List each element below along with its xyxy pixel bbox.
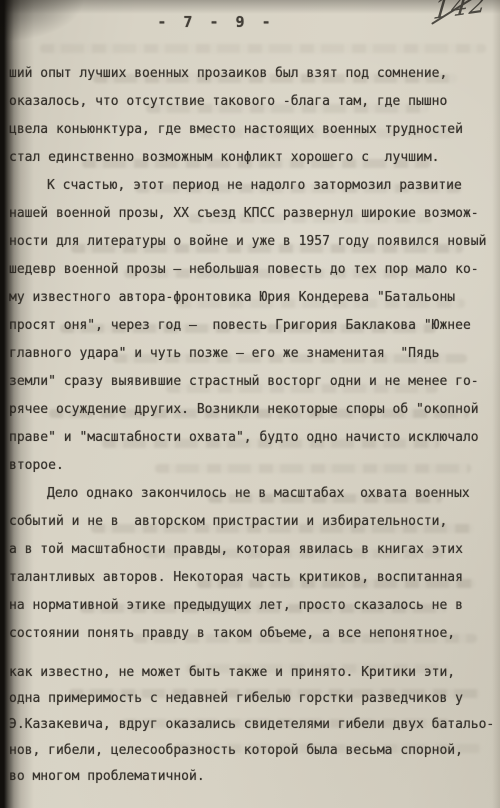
page-number-header: - 7 - 9 -	[0, 13, 432, 31]
typed-text-line: нашей военной прозы, ХХ съезд КПСС разве…	[9, 200, 495, 228]
typed-text-line: ший опыт лучших военных прозаиков был вз…	[9, 60, 495, 88]
typed-text-line: состоянии понять правду в таком объеме, …	[9, 620, 495, 648]
typed-text-line: во многом проблематичной.	[9, 764, 495, 790]
typed-text-line: шедевр военной прозы — небольшая повесть…	[9, 256, 495, 284]
typed-text-line: талантливых авторов. Некоторая часть кри…	[9, 564, 495, 592]
scanned-document-page: - 7 - 9 - 142 ший опыт лучших военных пр…	[0, 0, 500, 808]
typed-text-line: а в той масштабности правды, которая яви…	[9, 536, 495, 564]
typed-text-line: му известного автора-фронтовика Юрия Кон…	[9, 284, 495, 312]
paragraph: К счастью, этот период не надолго заторм…	[9, 172, 495, 480]
paragraph: ший опыт лучших военных прозаиков был вз…	[9, 60, 495, 172]
paragraph: Дело однако закончилось не в масштабах о…	[9, 480, 495, 648]
typed-text-line: оказалось, что отсутствие такового -благ…	[9, 88, 495, 116]
typed-text-line: Дело однако закончилось не в масштабах о…	[9, 480, 495, 508]
typed-text-line: событий и не в авторском пристрастии и и…	[9, 508, 495, 536]
paragraph: как известно, не может быть также и прин…	[9, 660, 495, 790]
document-body: ший опыт лучших военных прозаиков был вз…	[9, 60, 495, 790]
scan-edge-shadow-top	[0, 0, 500, 14]
handwritten-page-number: 142	[432, 0, 490, 26]
typed-text-line: второе.	[9, 452, 495, 480]
typed-text-line: как известно, не может быть также и прин…	[9, 660, 495, 686]
typed-text-line: ности для литературы о войне и уже в 195…	[9, 228, 495, 256]
typed-text-line: нов, гибели, целесообразность которой бы…	[9, 738, 495, 764]
typed-text-line: Э.Казакевича, вдруг оказались свидетелям…	[9, 712, 495, 738]
typed-text-line: рячее осуждение других. Возникли некотор…	[9, 396, 495, 424]
typed-text-line: главного удара" и чуть позже — его же зн…	[9, 340, 495, 368]
typed-text-line: праве" и "масштабности охвата", будто од…	[9, 424, 495, 452]
typed-text-line: просят оня", через год — повесть Григори…	[9, 312, 495, 340]
typed-text-line: земли" сразу выявившие страстный восторг…	[9, 368, 495, 396]
typed-text-line: стал единственно возможным конфликт хоро…	[9, 144, 495, 172]
typed-text-line: на нормативной этике предыдущих лет, про…	[9, 592, 495, 620]
bleed-through-line	[40, 44, 486, 53]
typed-text-line: одна примеримость с недавней гибелью гор…	[9, 686, 495, 712]
typed-text-line: цвела коньюнктура, где вместо настоящих …	[9, 116, 495, 144]
typed-text-line: К счастью, этот период не надолго заторм…	[9, 172, 495, 200]
